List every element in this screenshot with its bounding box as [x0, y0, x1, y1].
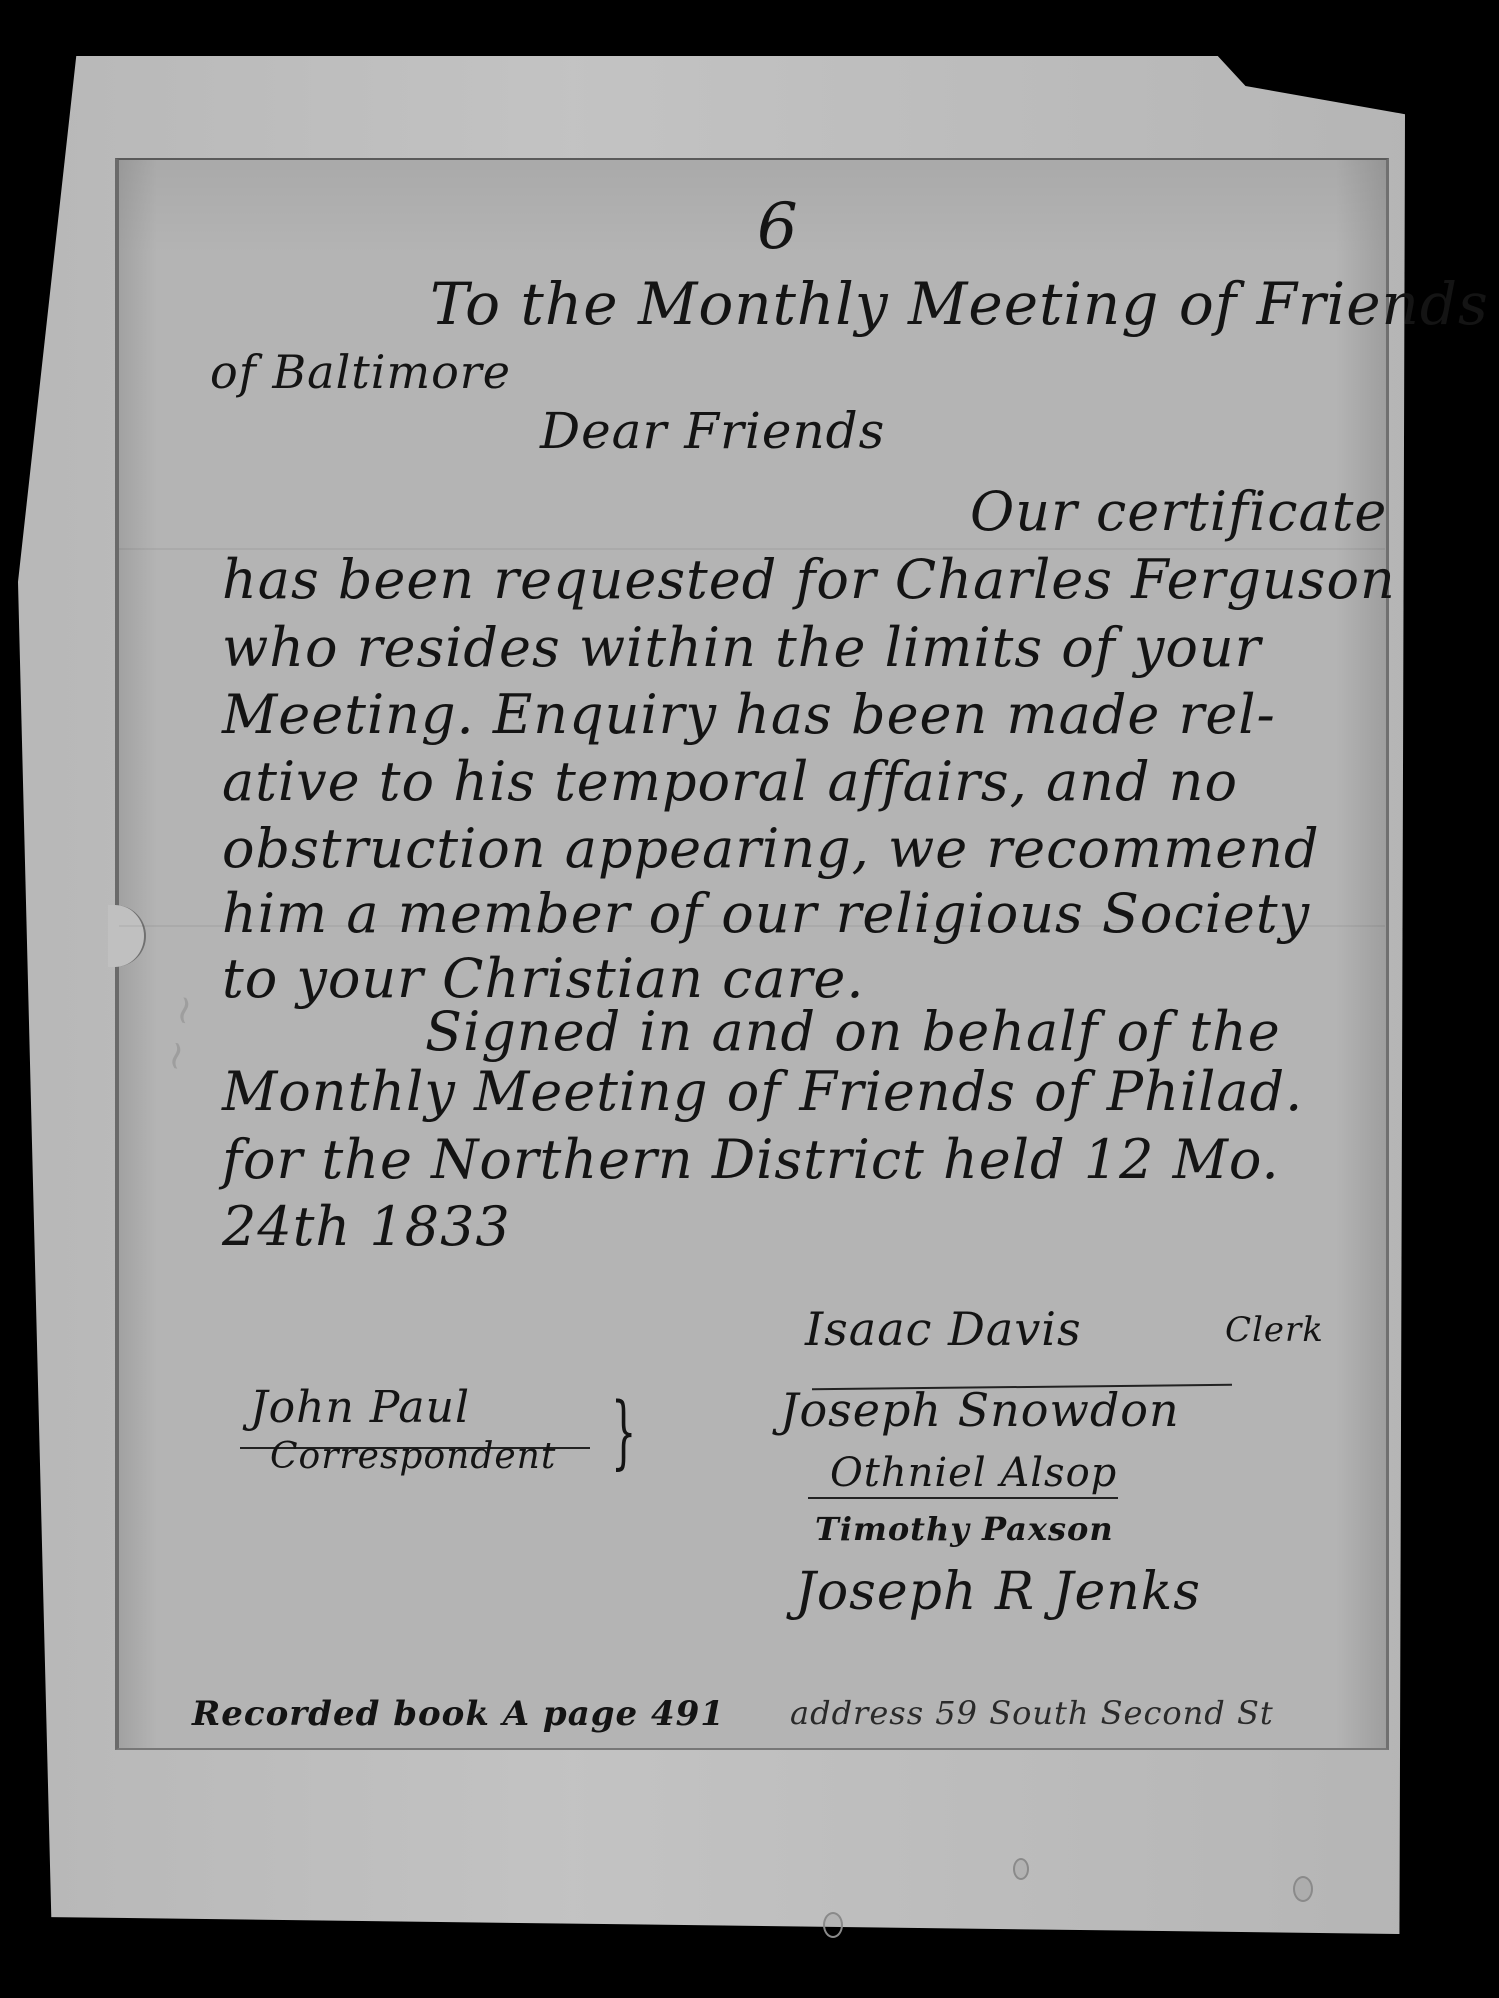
body-line: him a member of our religious Society	[222, 882, 1310, 945]
signature: Joseph Snowdon	[780, 1383, 1180, 1437]
body-line: has been requested for Charles Ferguson	[222, 548, 1396, 611]
signature: Timothy Paxson	[815, 1510, 1114, 1548]
paper-stain	[1293, 1876, 1313, 1902]
closing-line: Monthly Meeting of Friends of Philad.	[222, 1060, 1303, 1123]
greeting: Dear Friends	[540, 402, 885, 460]
signature-role-clerk: Clerk	[1225, 1310, 1324, 1350]
closing-date: 24th 1833	[222, 1195, 511, 1258]
signature-underline	[808, 1497, 1118, 1499]
closing-line: Signed in and on behalf of the	[425, 1000, 1281, 1063]
addressee-line: To the Monthly Meeting of Friends	[430, 270, 1489, 338]
signature: Othniel Alsop	[830, 1450, 1117, 1496]
body-line: obstruction appearing, we recommend	[222, 817, 1320, 880]
addressee-location: of Baltimore	[210, 345, 511, 399]
address-annotation: address 59 South Second St	[790, 1694, 1274, 1732]
body-line: Our certificate	[970, 480, 1387, 543]
paper-stain	[1013, 1858, 1029, 1880]
signature: Joseph R Jenks	[795, 1562, 1201, 1622]
correspondent-signature: John Paul	[250, 1382, 470, 1433]
body-line: Meeting. Enquiry has been made rel-	[222, 683, 1276, 746]
correspondent-role: Correspondent	[270, 1436, 556, 1477]
brace-mark: }	[611, 1385, 637, 1478]
body-line: ative to his temporal affairs, and no	[222, 750, 1238, 813]
page-number: 6	[757, 190, 799, 264]
body-line: who resides within the limits of your	[222, 616, 1261, 679]
record-annotation: Recorded book A page 491	[192, 1694, 725, 1734]
closing-line: for the Northern District held 12 Mo.	[222, 1128, 1280, 1191]
signature-clerk: Isaac Davis	[805, 1302, 1082, 1356]
paper-stain	[823, 1912, 843, 1938]
